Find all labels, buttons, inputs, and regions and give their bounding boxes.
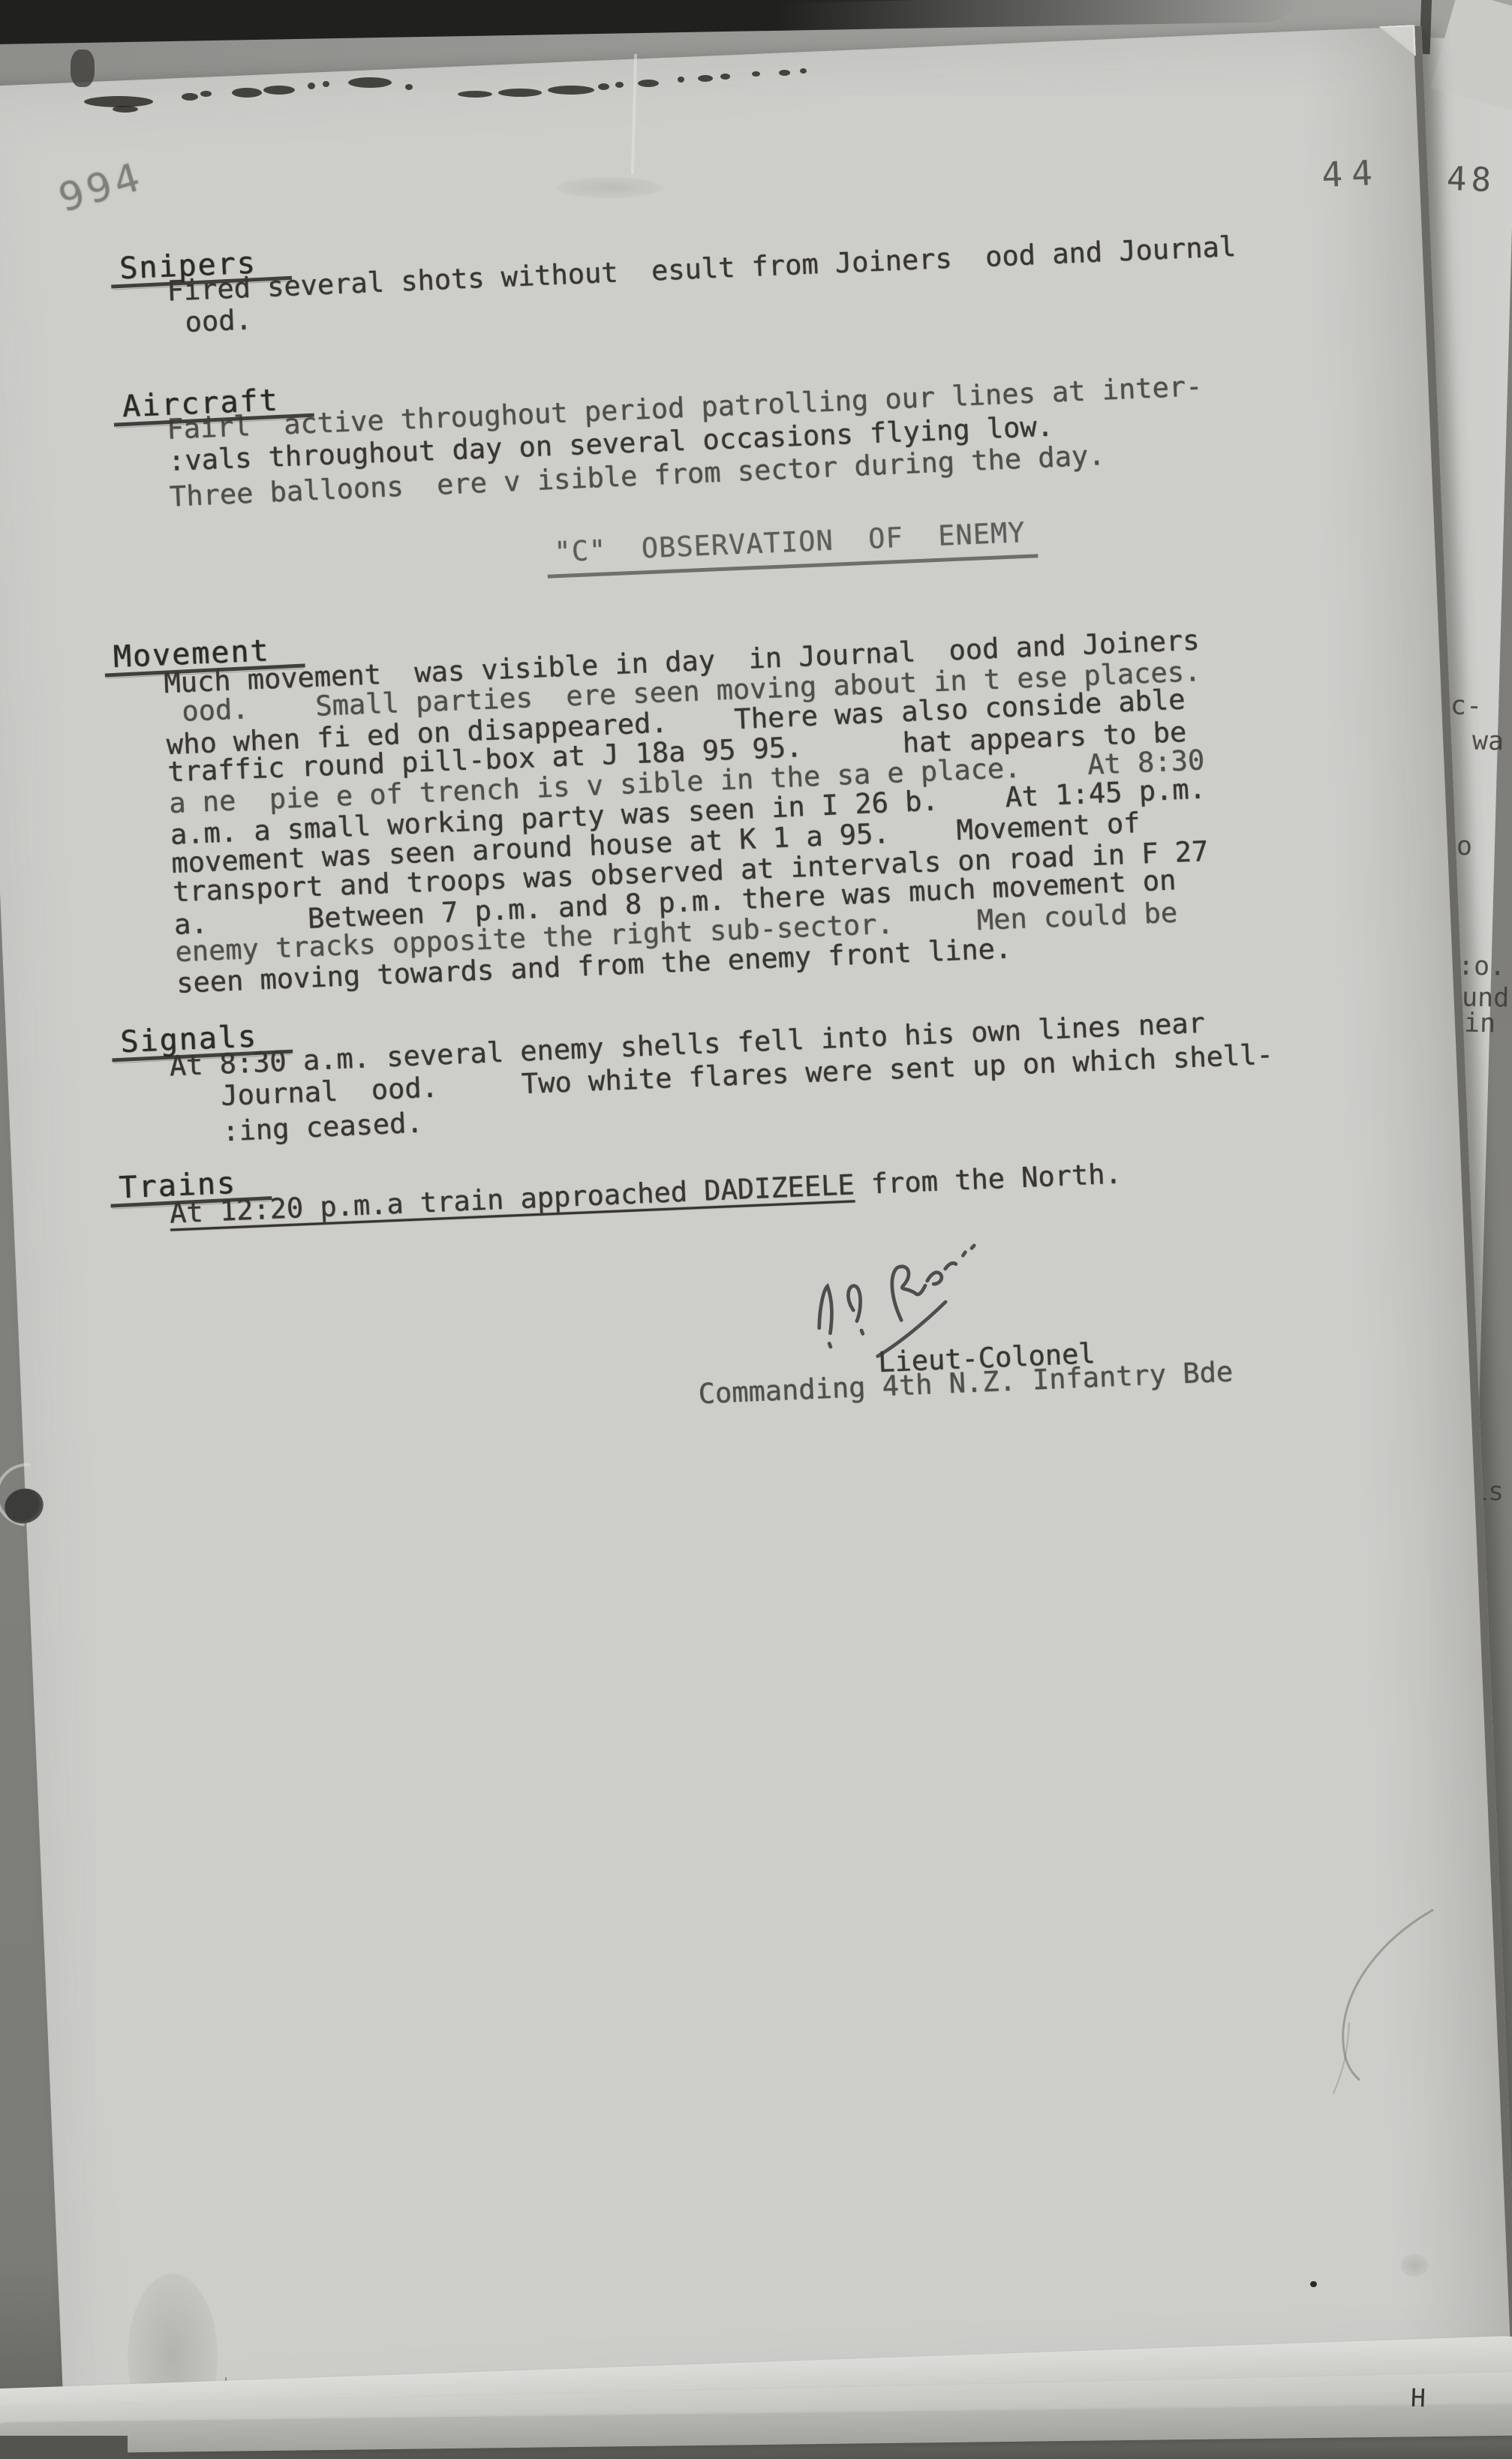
- section-body: At 8:30 a.m. several enemy shells fell i…: [169, 1004, 1275, 1149]
- section-movement: Movement Much movement was visible in da…: [113, 633, 270, 675]
- bottom-corner-shadow: [0, 2436, 128, 2459]
- section-body: Much movement was visible in day in Jour…: [164, 625, 1213, 998]
- trains-text: from the North.: [854, 1157, 1123, 1201]
- page-number: 44: [1321, 152, 1382, 195]
- observation-heading: "C" OBSERVATION OF ENEMY: [546, 516, 1039, 578]
- section-signals: Signals At 8:30 a.m. several enemy shell…: [119, 1019, 257, 1060]
- scanned-war-diary-photo: 48 c- wa o :o. und in is H 994 44 Sniper…: [0, 0, 1512, 2459]
- section-trains: Trains At 12:20 p.m.a train approached D…: [119, 1166, 237, 1206]
- section-snipers: Snipers Fired several shots without esul…: [119, 246, 257, 287]
- trains-underlined-text: At 12:20 p.m.a train approached DADIZEEL…: [169, 1168, 855, 1229]
- section-body: At 12:20 p.m.a train approached DADIZEEL…: [169, 1157, 1122, 1230]
- text-line: At 12:20 p.m.a train approached DADIZEEL…: [169, 1157, 1122, 1230]
- pencil-folio-number: 994: [54, 154, 149, 221]
- section-body: Fired several shots without esult from J…: [167, 230, 1238, 341]
- section-body: Fairl active throughout period patrollin…: [166, 370, 1205, 513]
- edge-text-fragment: H: [1410, 2383, 1426, 2413]
- section-aircraft: Aircraft Fairl active throughout period …: [122, 383, 279, 425]
- crease-mark: [1268, 1853, 1512, 2109]
